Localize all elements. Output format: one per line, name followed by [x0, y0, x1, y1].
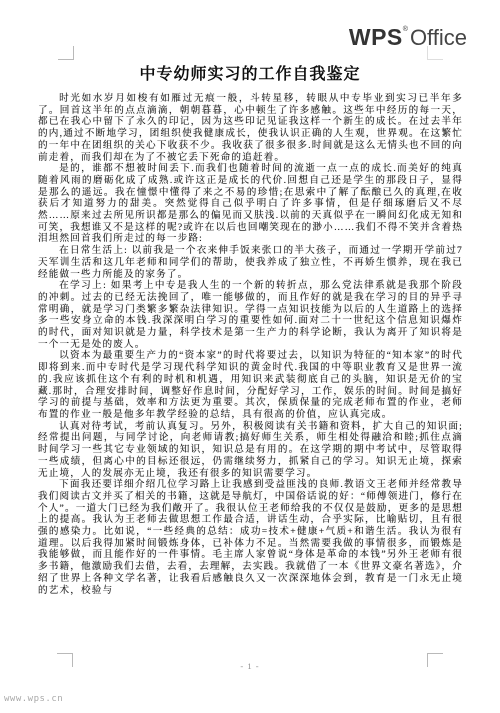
paragraph: 认真对待考试，考前认真复习。另外，积极阅读有关书籍和资料，扩大自己的知识面;经常… [38, 421, 463, 480]
crop-mark-top-right-icon [427, 46, 443, 60]
registered-trademark-icon: ® [403, 26, 408, 33]
paragraph: 以资本为最重要生产力的“资本家”的时代将要过去，以知识为特征的“知本家”的时代即… [38, 350, 463, 420]
paragraph: 是的，谁都不想被时间丢下.而我们也随着时间的流逝一点一点的成长.而美好的纯真随着… [38, 163, 463, 245]
wps-logo-text: WPS [349, 24, 403, 50]
page-number: - 1 - [0, 661, 500, 671]
paragraph: 在学习上: 如果考上中专是我人生的一个新的转折点，那么党法律系就是我那个阶段的冲… [38, 280, 463, 350]
wps-office-logo: WPS®Office [349, 26, 467, 49]
paragraph: 下面我还要详细介绍几位学习路上让我感到受益匪浅的良师.教语文王老师并经常教导我们… [38, 479, 463, 596]
crop-mark-top-left-icon [58, 46, 74, 60]
document-title: 中专幼师实习的工作自我鉴定 [0, 61, 500, 84]
document-body: 时光如水岁月如梭有如雁过无痕一般，斗转星移，转眼从中专毕业到实习已半年多了。回首… [38, 93, 463, 596]
document-page: WPS®Office 中专幼师实习的工作自我鉴定 时光如水岁月如梭有如雁过无痕一… [0, 0, 500, 713]
wps-site-watermark: www.wps.cn [4, 694, 63, 704]
paragraph: 时光如水岁月如梭有如雁过无痕一般，斗转星移，转眼从中专毕业到实习已半年多了。回首… [38, 93, 463, 163]
paragraph: 在日常生活上: 以前我是一个衣来伸手饭来张口的半大孩子，而通过一学期开学前过7天… [38, 245, 463, 280]
